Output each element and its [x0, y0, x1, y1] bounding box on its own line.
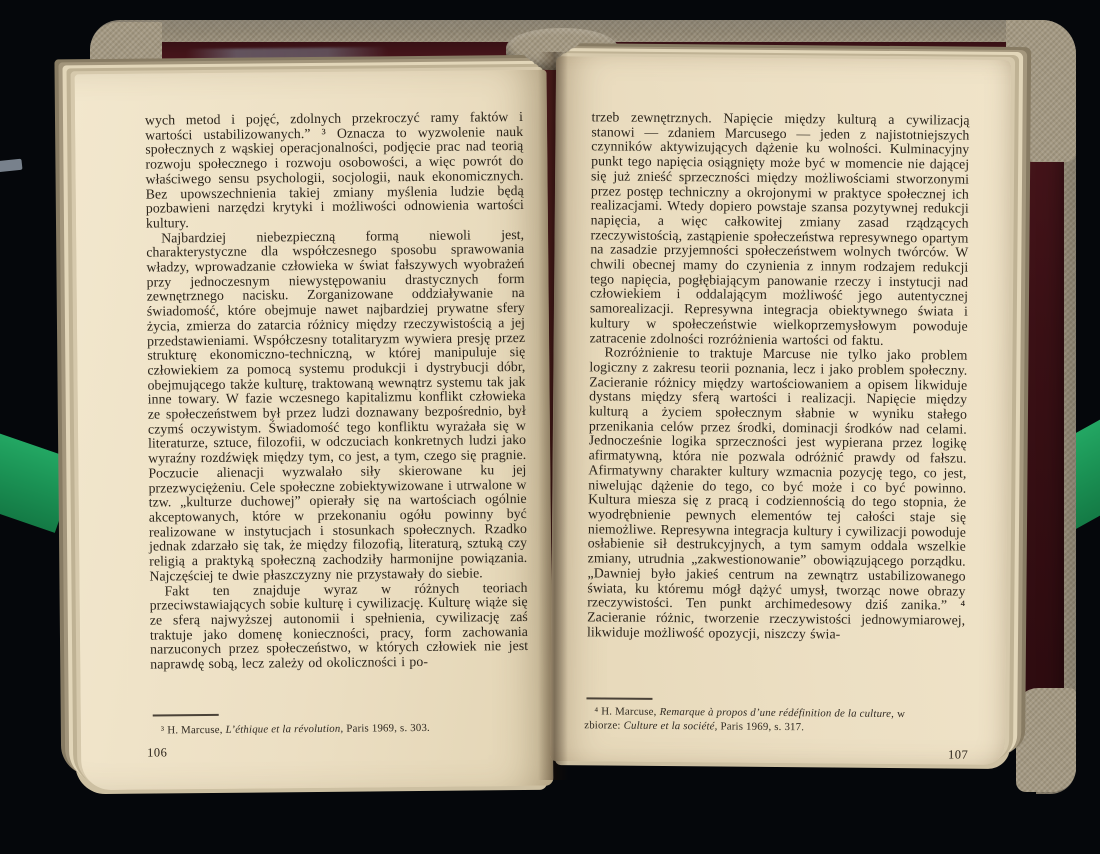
paragraph: trzeb zewnętrznych. Napięcie między kult…	[590, 110, 970, 349]
footnote-title-2: Culture et la société,	[624, 720, 718, 733]
footnote-author: H. Marcuse,	[601, 705, 656, 717]
page-number-right: 107	[948, 747, 968, 762]
footnote-rest: Paris 1969, s. 303.	[346, 722, 430, 735]
light-streak	[0, 159, 23, 173]
footnote-marker: ⁴	[594, 705, 598, 717]
cloth-corner-top-right	[1006, 20, 1076, 162]
left-page: wych metod i pojęć, zdolnych przekroczyć…	[75, 70, 554, 790]
book-photo-scene: wych metod i pojęć, zdolnych przekroczyć…	[0, 0, 1100, 854]
footnote-author: H. Marcuse,	[167, 724, 222, 737]
leather-gloss-streak	[186, 47, 388, 62]
paragraph: Fakt ten znajduje wyraz w różnych teoria…	[149, 580, 528, 672]
footnote-rest: Paris 1969, s. 317.	[721, 720, 805, 733]
paragraph: Rozróżnienie to traktuje Marcuse nie tyl…	[587, 346, 968, 643]
cloth-corner-bottom-right	[1016, 688, 1076, 792]
footnote-title: Remarque à propos d’une rédéfinition de …	[660, 706, 895, 720]
footnote-rule	[586, 697, 652, 700]
footnote-title: L’éthique et la révolution,	[226, 723, 344, 736]
left-page-text: wych metod i pojęć, zdolnych przekroczyć…	[145, 110, 528, 672]
right-page-text: trzeb zewnętrznych. Napięcie między kult…	[587, 110, 970, 643]
footnote-marker: ³	[161, 724, 165, 736]
footnote-rule	[153, 714, 219, 717]
paragraph: Najbardziej niebezpieczną formą niewoli …	[146, 228, 527, 584]
paragraph: wych metod i pojęć, zdolnych przekroczyć…	[145, 110, 524, 231]
right-page: trzeb zewnętrznych. Napięcie między kult…	[550, 56, 1011, 765]
green-strap-left	[0, 427, 80, 533]
footnote: ³H. Marcuse,L’éthique et la révolution,P…	[153, 720, 533, 738]
footnote: ⁴H. Marcuse,Remarque à propos d’une rédé…	[584, 704, 964, 735]
page-number-left: 106	[147, 745, 167, 760]
